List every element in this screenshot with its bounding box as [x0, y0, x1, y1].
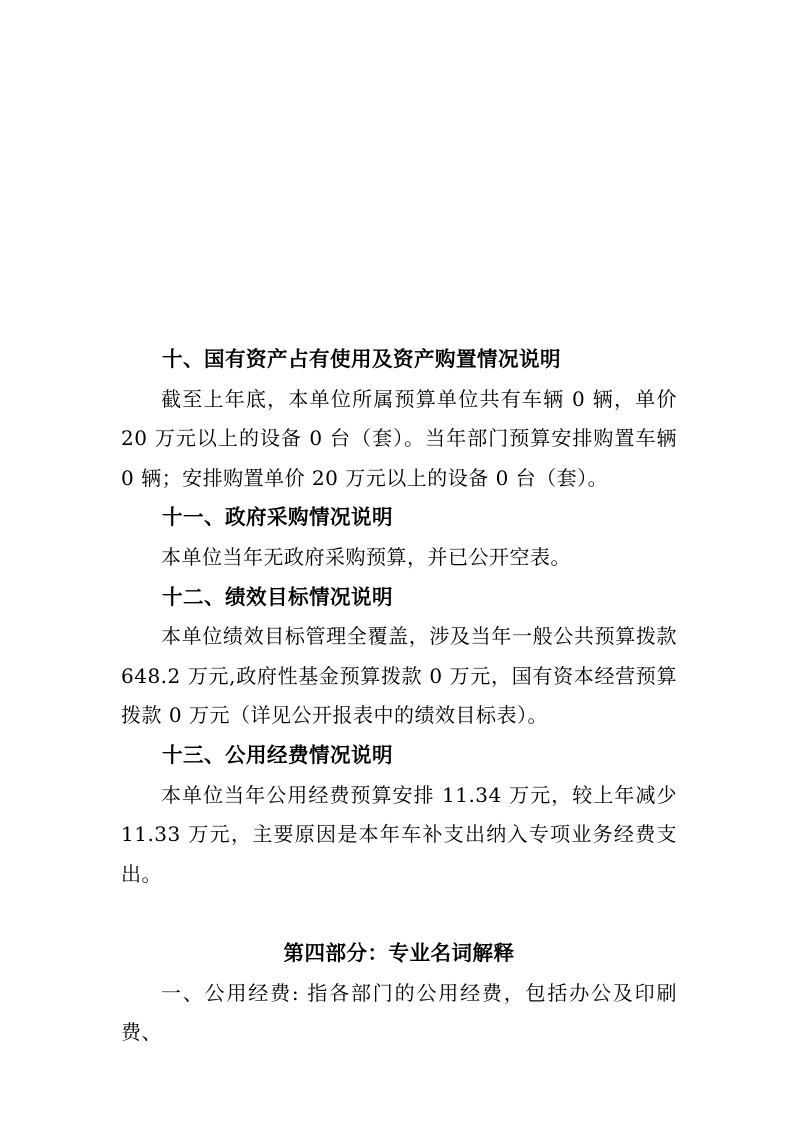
blank-line-spacer: [121, 894, 677, 934]
part-4-paragraph: 一、公用经费: 指各部门的公用经费，包括办公及印刷费、: [121, 974, 677, 1053]
section-13-paragraph: 本单位当年公用经费预算安排 11.34 万元，较上年减少 11.33 万元，主要…: [121, 776, 677, 895]
section-10-paragraph: 截至上年底，本单位所属预算单位共有车辆 0 辆，单价 20 万元以上的设备 0 …: [121, 380, 677, 499]
part-4-heading: 第四部分：专业名词解释: [121, 934, 677, 974]
section-11-paragraph: 本单位当年无政府采购预算，并已公开空表。: [121, 538, 677, 578]
section-10-heading: 十、国有资产占有使用及资产购置情况说明: [121, 340, 677, 380]
section-11-heading: 十一、政府采购情况说明: [121, 498, 677, 538]
document-page: 十、国有资产占有使用及资产购置情况说明 截至上年底，本单位所属预算单位共有车辆 …: [0, 0, 793, 1122]
section-12-paragraph: 本单位绩效目标管理全覆盖，涉及当年一般公共预算拨款 648.2 万元,政府性基金…: [121, 617, 677, 736]
section-13-heading: 十三、公用经费情况说明: [121, 736, 677, 776]
page-content: 十、国有资产占有使用及资产购置情况说明 截至上年底，本单位所属预算单位共有车辆 …: [121, 340, 677, 1053]
section-12-heading: 十二、绩效目标情况说明: [121, 578, 677, 618]
